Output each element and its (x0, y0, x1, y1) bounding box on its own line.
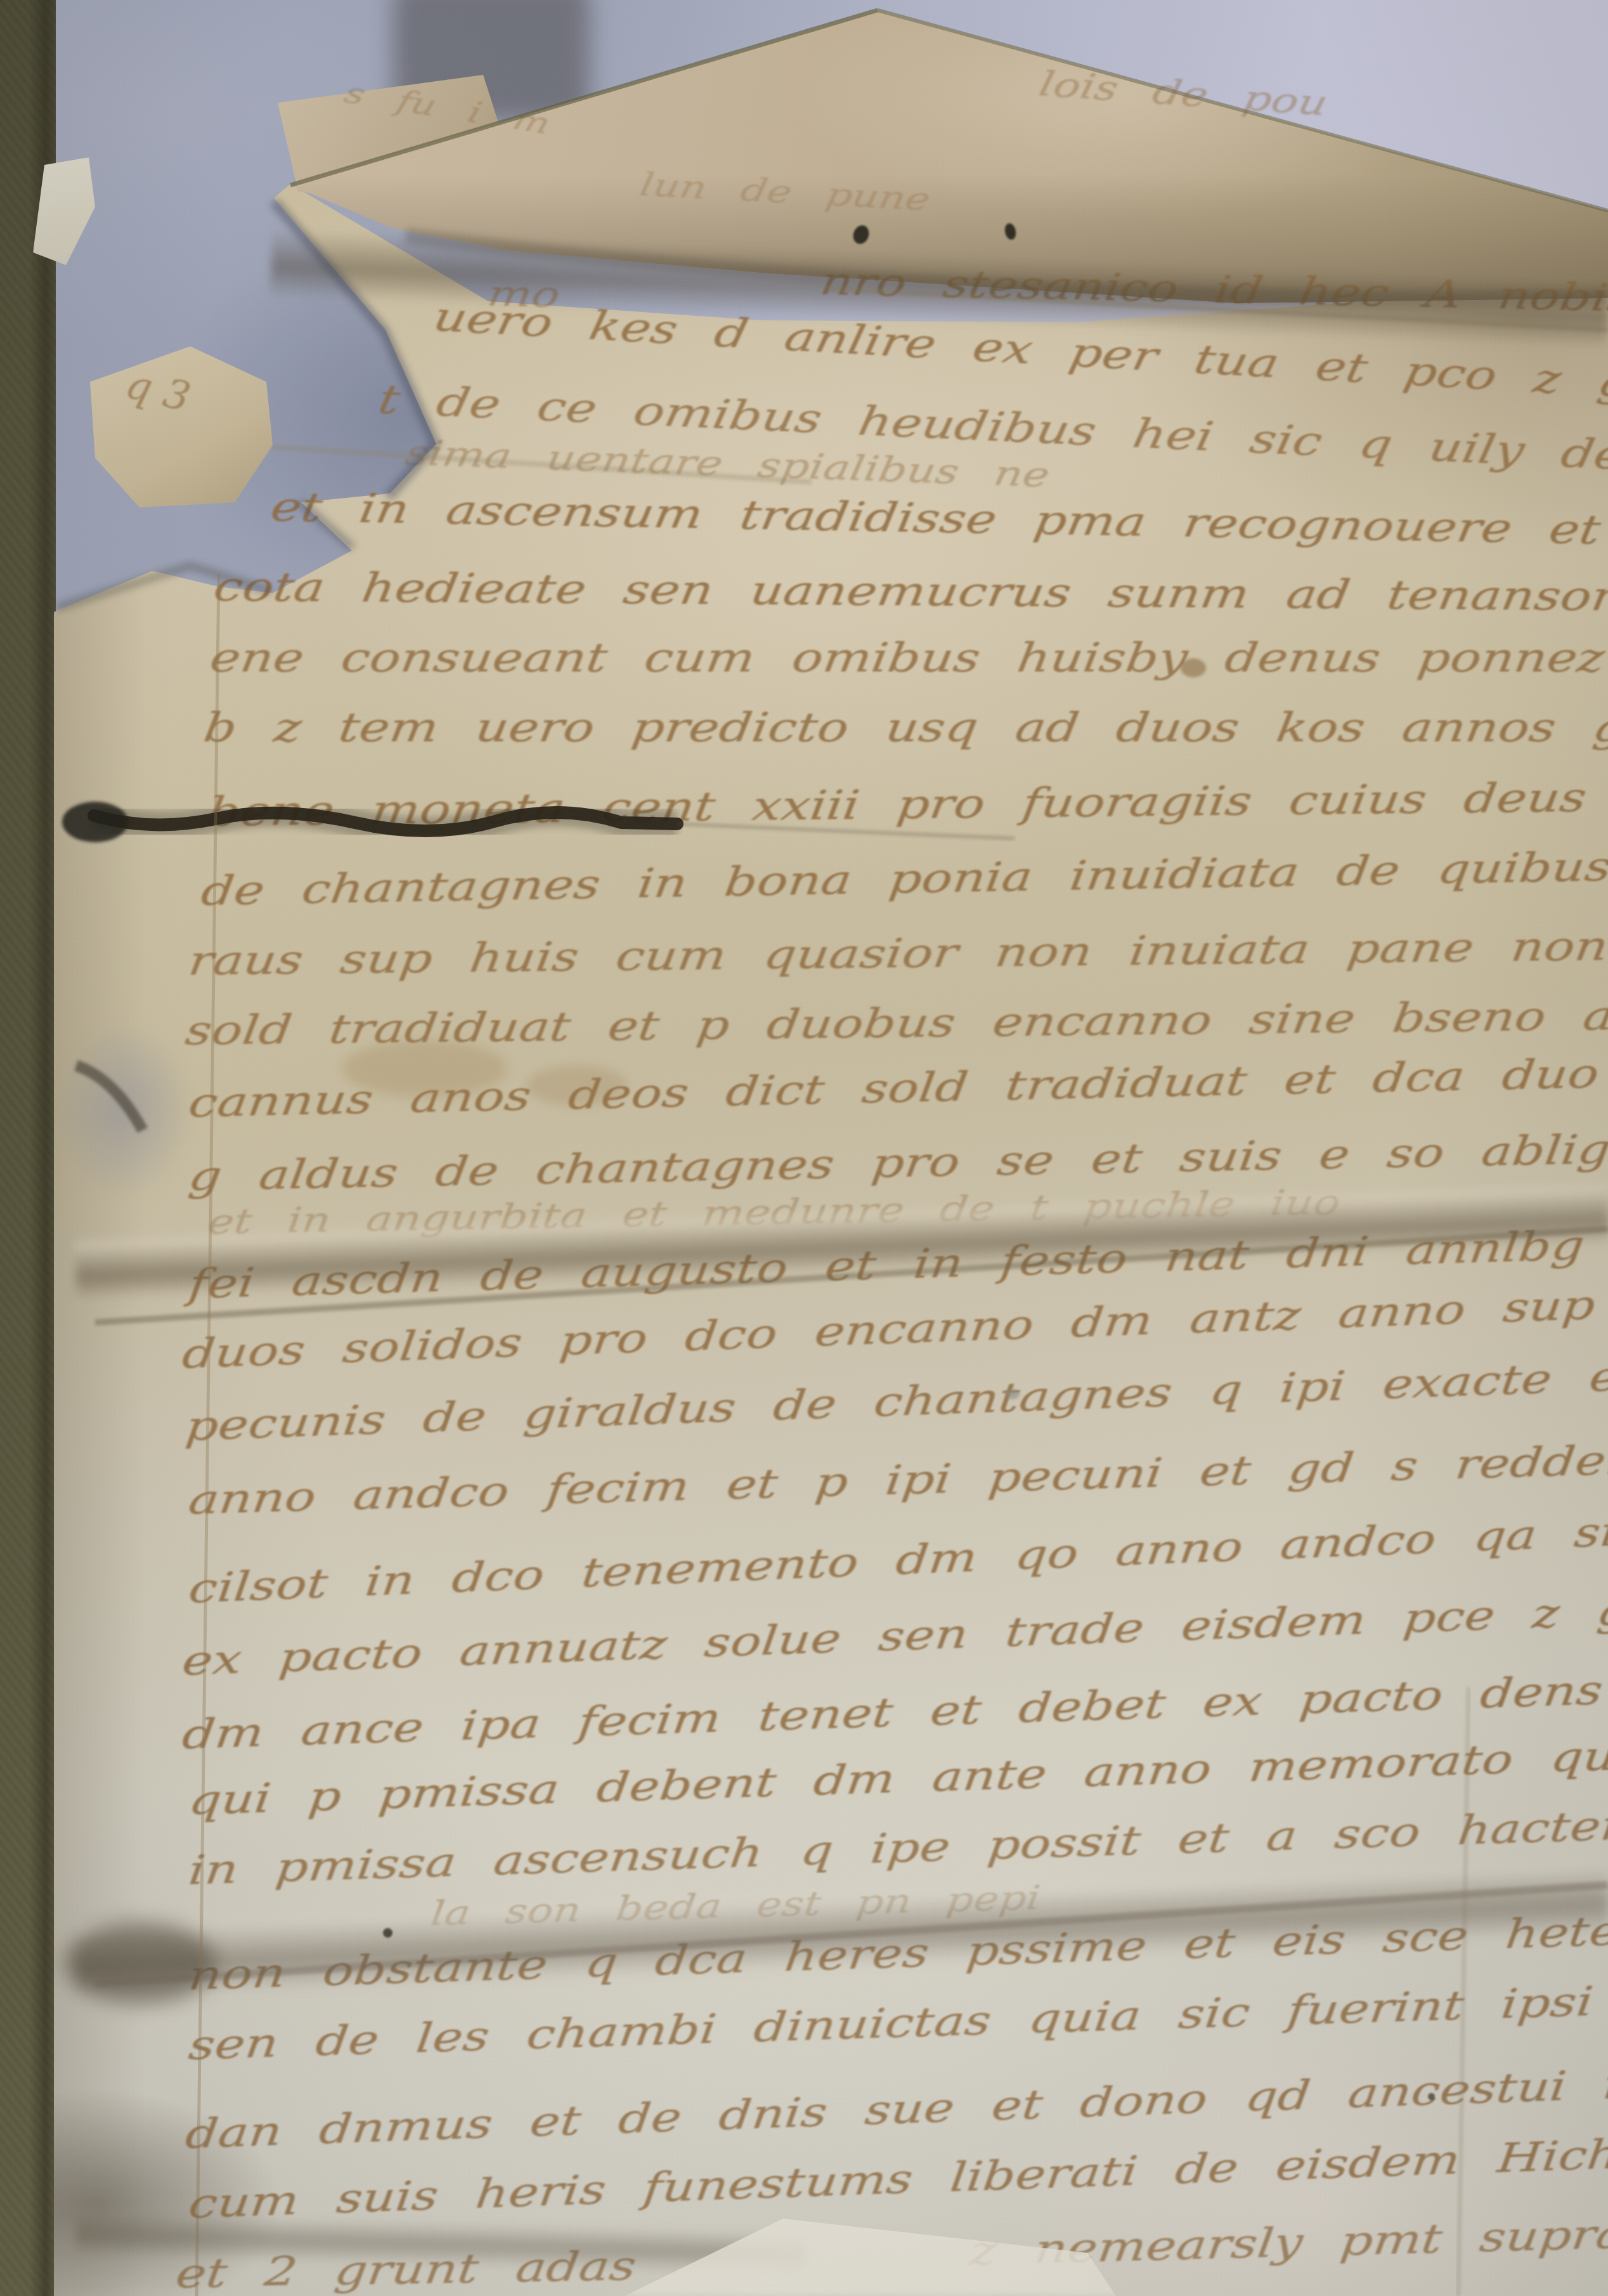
manuscript-text-line: la son beda est pn pepi (429, 1879, 1043, 1933)
manuscript-text-line: ene consueant cum omibus huisby denus po… (207, 634, 1608, 681)
photo-of-manuscript: q 3 s fu i mlois de poulun de punemonro … (0, 0, 1608, 2296)
manuscript-text-line: de chantagnes in bona ponia inuidiata de… (199, 837, 1608, 914)
manuscript-text-line: sold tradiduat et p duobus encanno sine … (183, 989, 1608, 1054)
manuscript-text-line: nro stesanico id hec A nobis (817, 259, 1608, 320)
manuscript-text-line: g aldus de chantagnes pro se et suis e s… (186, 1120, 1608, 1199)
manuscript-text-line: et 2 grunt adas (174, 2242, 639, 2296)
manuscript-text-line: bene moneta cent xxiii pro fuoragiis cui… (205, 769, 1608, 835)
worm-hole (383, 1928, 392, 1938)
manuscript-text-line: b z tem uero predicto usq ad duos kos an… (201, 704, 1608, 750)
manuscript-text-line: s fu i m (340, 75, 555, 141)
manuscript-text-line: lois de pou (1035, 63, 1331, 123)
manuscript-text-line: raus sup huis cum quasior non inuiata pa… (186, 922, 1608, 984)
text-layer: s fu i mlois de poulun de punemonro stes… (0, 0, 1608, 2296)
manuscript-text-line: cota hedieate sen uanemucrus sunm ad ten… (211, 563, 1608, 622)
worm-hole (1428, 2093, 1435, 2100)
manuscript-text-line: lun de pune (637, 166, 933, 218)
manuscript-text-line: cannus anos deos dict sold tradiduat et … (186, 1043, 1608, 1126)
manuscript-text-line: et in ascensum tradidisse pma recognouer… (268, 483, 1608, 563)
